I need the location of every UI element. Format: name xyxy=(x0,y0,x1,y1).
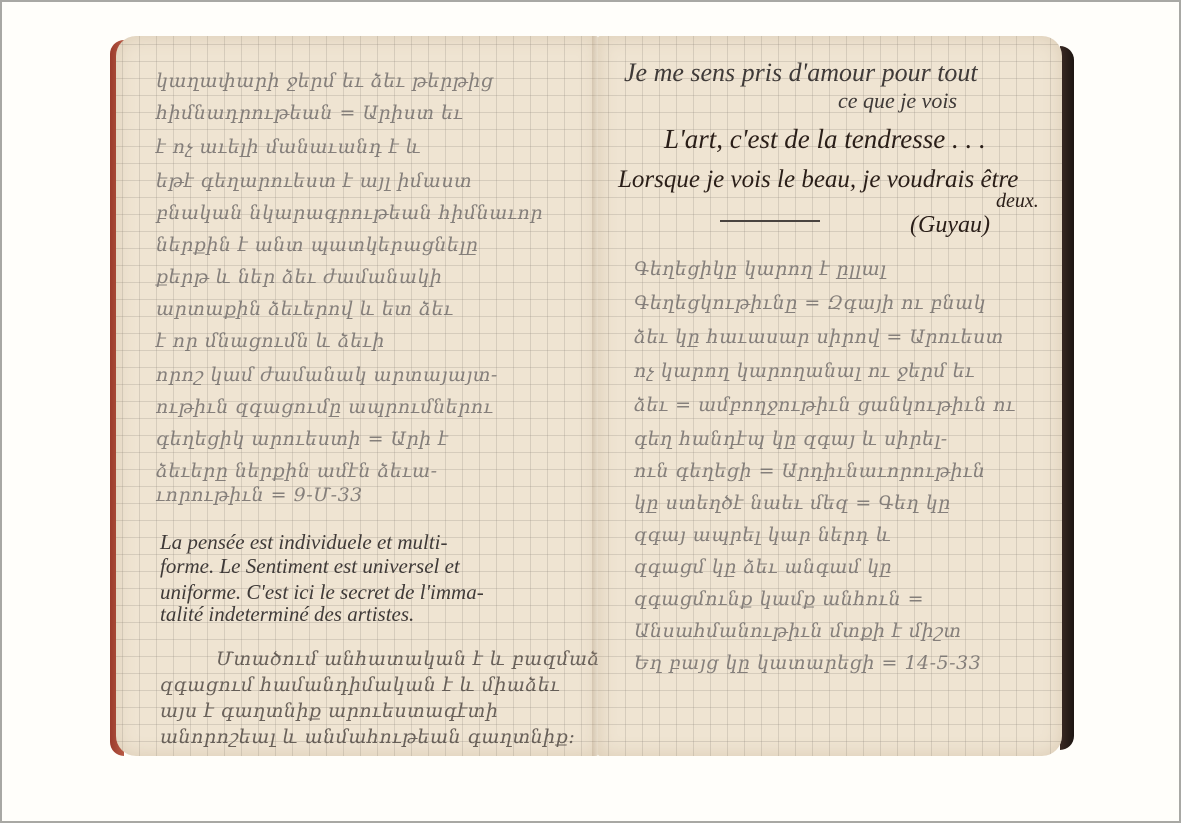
notebook-cover-right xyxy=(1060,46,1074,750)
left-pencil-line: ներքին է անտ պատկերացնելը xyxy=(156,234,478,256)
right-pencil-line: ոչ կարող կարողանալ ու ջերմ եւ xyxy=(634,360,975,382)
right-pencil-line: ուն գեղեցի = Արդիւնաւորութիւն xyxy=(634,460,985,482)
left-ink-line: զգացում համանդիմական է և միաձեւ xyxy=(160,674,560,696)
quote-author: (Guyau) xyxy=(910,212,990,239)
right-pencil-line: Անսահմանութիւն մտքի է միշտ xyxy=(634,620,962,642)
quote-line: ce que je vois xyxy=(838,88,957,114)
right-pencil-line: ձեւ = ամբողջութիւն ցանկութիւն ու xyxy=(634,394,1016,416)
left-pencil-line: արտաքին ձեւերով և ետ ձեւ xyxy=(156,298,454,320)
right-pencil-line: զգայ ապրել կար ներդ և xyxy=(634,524,891,546)
left-ink-line: անորոշեալ և անմահութեան գաղտնիք: xyxy=(160,726,575,748)
quote-line: deux. xyxy=(996,190,1039,213)
left-pencil-line: ձեւերը ներքին ամէն ձեւա- xyxy=(156,460,438,482)
left-pencil-line: գեղեցիկ արուեստի = Արի է xyxy=(156,428,448,450)
right-pencil-line: զգացմունք կամք անհուն = xyxy=(634,588,924,610)
left-pencil-line: որոշ կամ ժամանակ արտայայտ- xyxy=(156,364,498,386)
left-pencil-line: քերթ և ներ ձեւ ժամանակի xyxy=(156,266,442,288)
left-pencil-line: է որ մնացումն և ձեւի xyxy=(156,330,385,352)
french-paragraph-line: La pensée est individuele et multi- xyxy=(160,530,448,555)
right-page: Je me sens pris d'amour pour tout ce que… xyxy=(598,36,1062,756)
right-pencil-line: Գեղեցկութիւնը = Զգայի ու բնակ xyxy=(634,292,986,314)
left-pencil-line: եթէ գեղարուեստ է այլ իմաստ xyxy=(156,170,472,192)
left-pencil-line: ութիւն զգացումը ապրումներու xyxy=(156,396,493,418)
french-paragraph-line: talité indeterminé des artistes. xyxy=(160,602,414,627)
quote-line: Lorsque je vois le beau, je voudrais êtr… xyxy=(618,166,1018,194)
quote-line: L'art, c'est de la tendresse . . . xyxy=(664,124,986,155)
separator-line xyxy=(720,220,820,222)
left-ink-line: այս է գաղտնիք արուեստագէտի xyxy=(160,700,498,722)
left-pencil-line: է ոչ աւելի մանաւանդ է և xyxy=(156,136,421,158)
left-pencil-line: կաղափարի ջերմ եւ ձեւ թերթից xyxy=(156,70,493,92)
left-page: կաղափարի ջերմ եւ ձեւ թերթից հիմնադրութեա… xyxy=(116,36,598,756)
quote-line: Je me sens pris d'amour pour tout xyxy=(624,58,978,88)
right-pencil-line: զգացմ կը ձեւ անգամ կը xyxy=(634,556,892,578)
french-paragraph-line: forme. Le Sentiment est universel et xyxy=(160,554,460,579)
left-pencil-line: հիմնադրութեան = Արիստ եւ xyxy=(156,102,463,124)
left-ink-line: Մտածում անհատական է և բազմաձեւ xyxy=(216,648,622,670)
right-pencil-line: Գեղեցիկը կարող է ըլլալ xyxy=(634,258,886,280)
open-notebook: կաղափարի ջերմ եւ ձեւ թերթից հիմնադրութեա… xyxy=(110,36,1068,760)
right-pencil-line: ձեւ կը հաւասար սիրով = Արուեստ xyxy=(634,326,1004,348)
right-pencil-date-line: Եղ բայց կը կատարեցի = 14-5-33 xyxy=(634,652,981,674)
right-pencil-line: կը ստեղծէ նաեւ մեզ = Գեղ կը xyxy=(634,492,951,514)
left-pencil-date-line: ւորութիւն = 9-Մ-33 xyxy=(156,484,363,506)
left-pencil-line: բնական նկարագրութեան հիմնաւոր xyxy=(156,202,543,224)
right-pencil-line: գեղ հանդէպ կը զգայ և սիրել- xyxy=(634,428,948,450)
